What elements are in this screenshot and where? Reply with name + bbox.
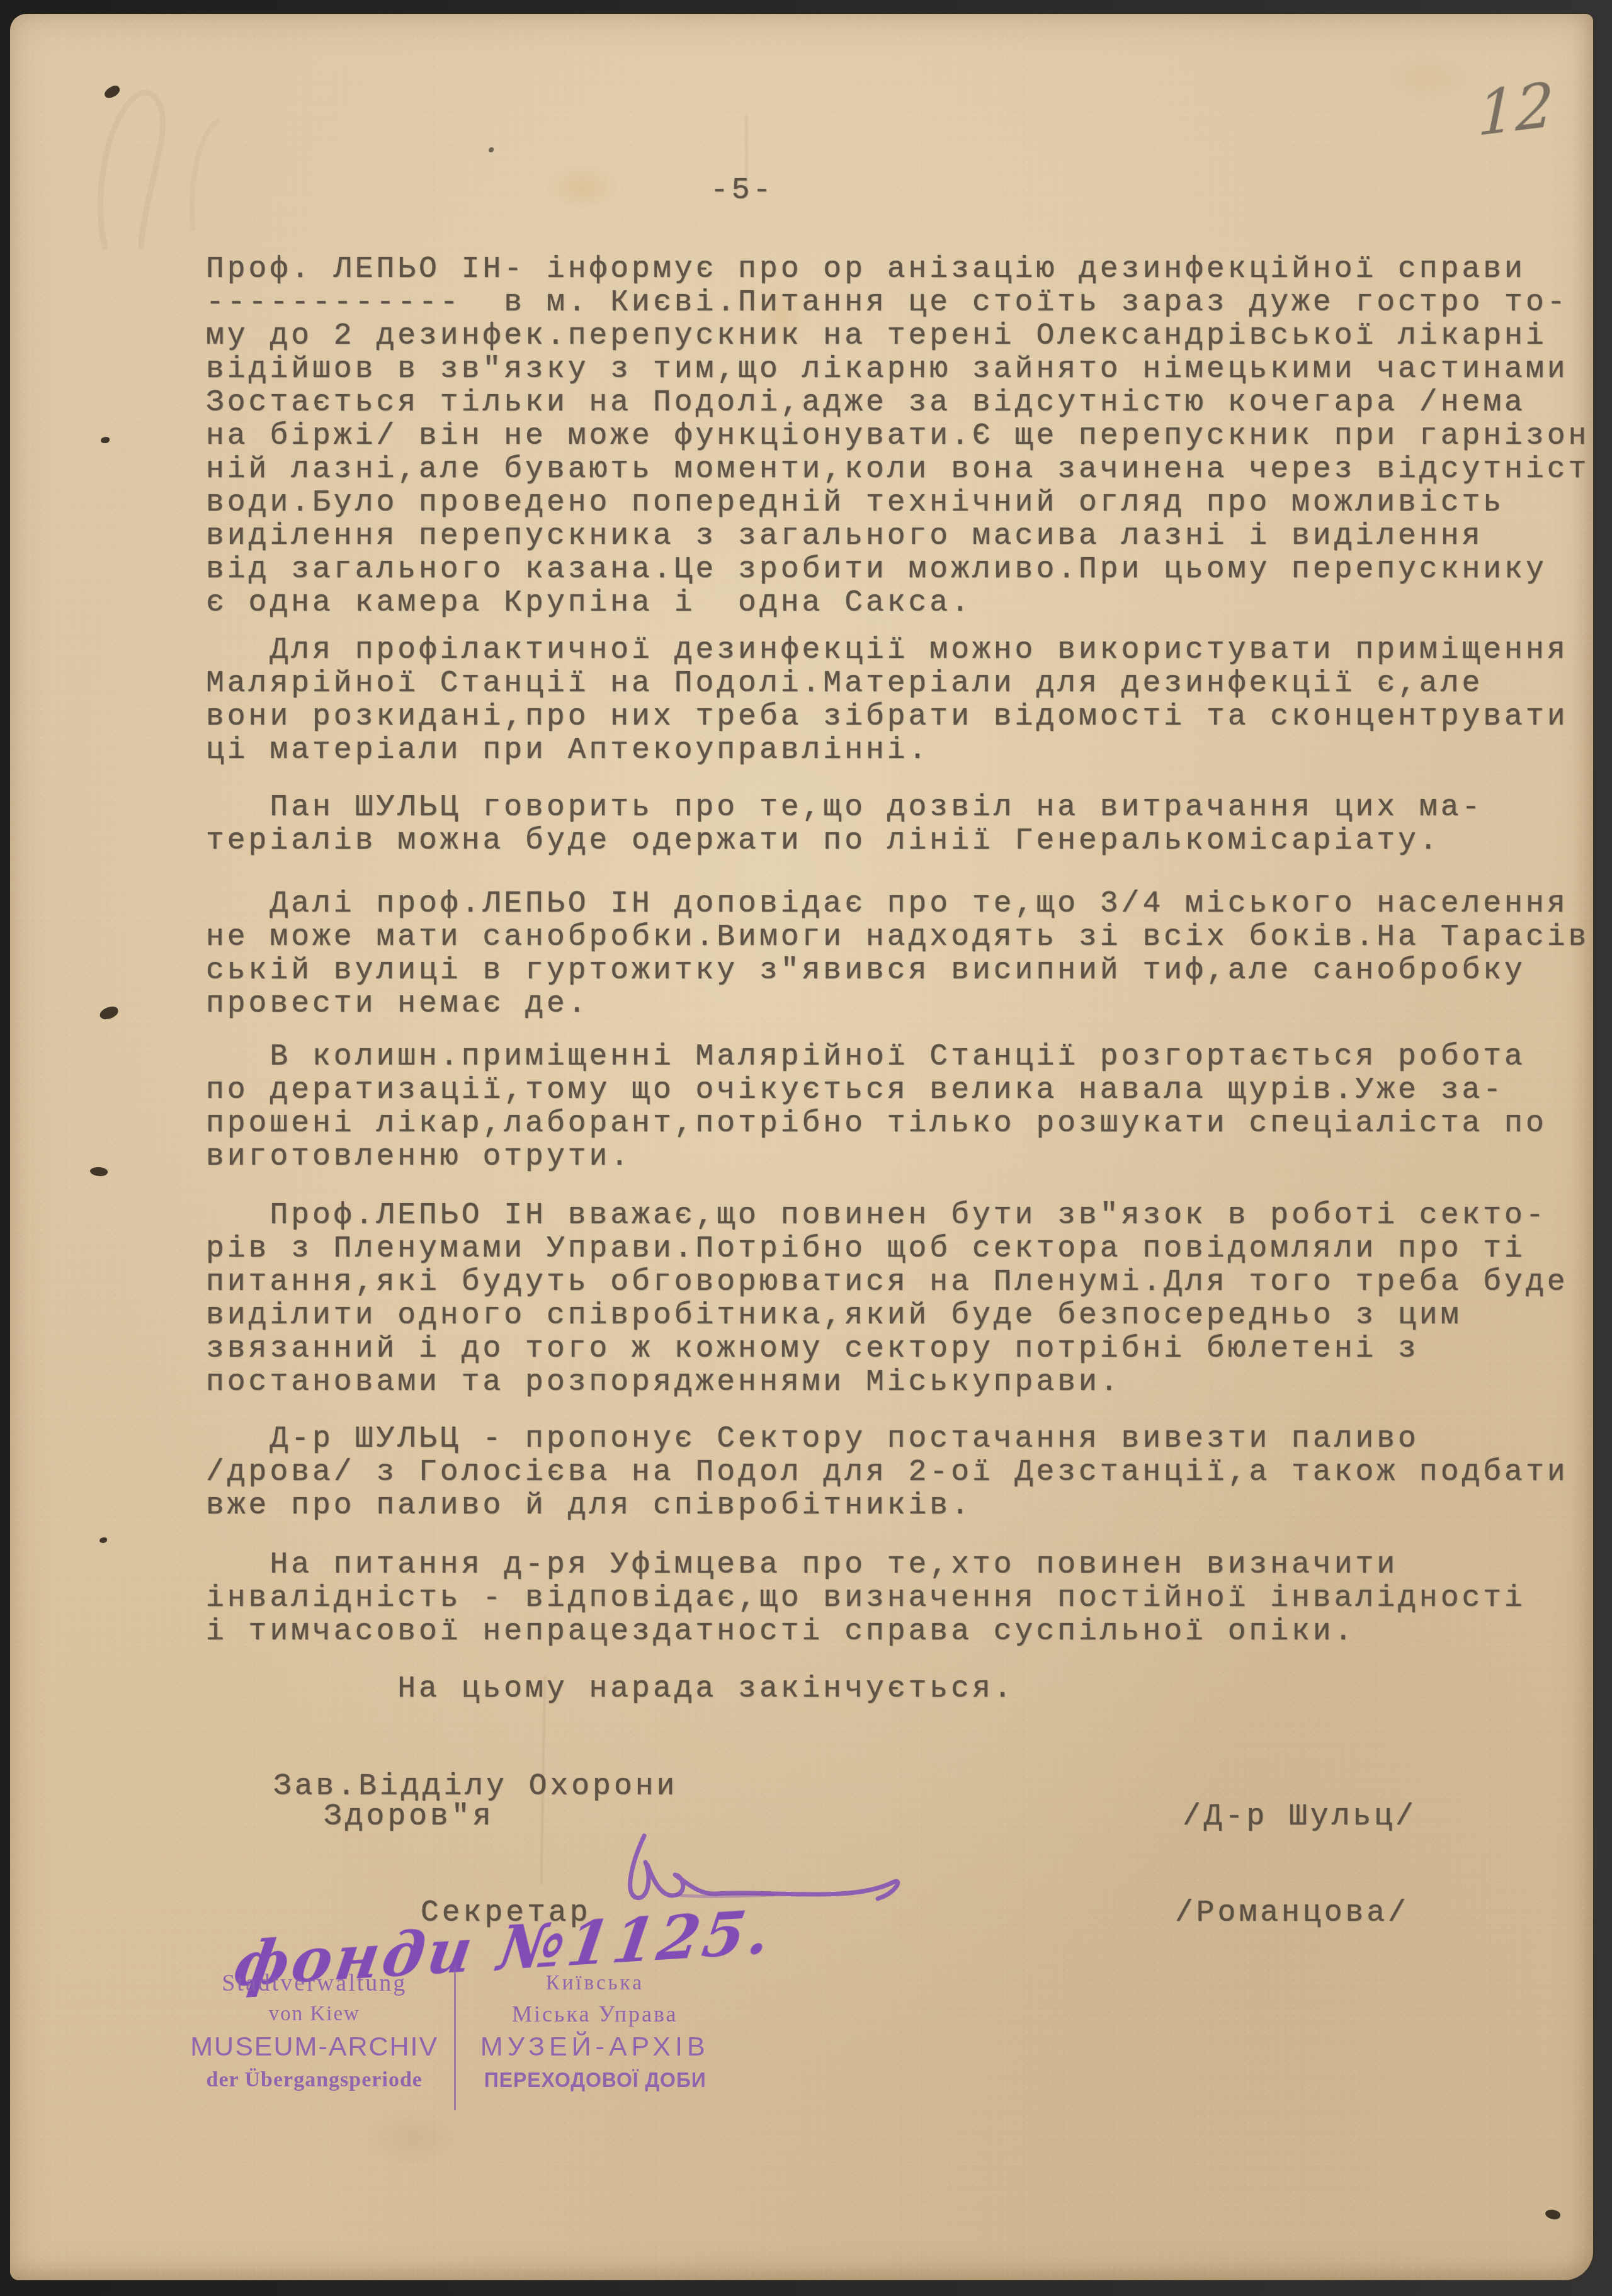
typed-line: Пан ШУЛЬЦ говорить про те,що дозвіл на в…	[206, 791, 1587, 825]
typed-paragraph: На цьому нарада закінчується.	[206, 1673, 1587, 1706]
typed-line: Для профілактичної дезинфекції можно вик…	[206, 634, 1587, 667]
signer-name-shults: /Д-р Шульц/	[1183, 1801, 1417, 1834]
typed-line: На питання д-ря Уфімцева про те,хто пови…	[206, 1549, 1587, 1582]
typed-line: провести немає де.	[206, 988, 1587, 1021]
typed-line: Малярійної Станції на Подолі.Матеріали д…	[206, 667, 1587, 701]
typed-line: відійшов в зв"язку з тим,що лікарню зайн…	[206, 353, 1587, 387]
signer-role-line1: Зав.Відділу Охорони	[273, 1770, 678, 1804]
stamp-german-column: Stadtverwaltungvon KiewMUSEUM-ARCHIVder …	[178, 1957, 451, 2114]
typed-line: від загального казана.Це зробити можливо…	[206, 553, 1587, 587]
paper-stain	[363, 2110, 463, 2167]
stamp-line-german: Stadtverwaltung	[178, 1968, 451, 1999]
typed-line: інвалідність - відповідає,що визначення …	[206, 1582, 1587, 1615]
typed-paragraph: В колишн.приміщенні Малярійної Станції р…	[206, 1041, 1587, 1174]
punch-hole-mark	[89, 1166, 108, 1177]
typed-line: прошені лікар,лаборант,потрібно тілько р…	[206, 1107, 1587, 1141]
typed-line: Далі проф.ЛЕПЬО ІН доповідає про те,що 3…	[206, 888, 1587, 921]
typed-line: на біржі/ він не може функціонувати.Є ще…	[206, 420, 1587, 453]
typed-line: Д-р ШУЛЬЦ - пропонує Сектору постачання …	[206, 1423, 1587, 1456]
paper-speck	[99, 1537, 107, 1543]
paper-sheet: 12 -5- Проф. ЛЕПЬО ІН- інформує про ор а…	[10, 14, 1593, 2280]
archive-stamp: Stadtverwaltungvon KiewMUSEUM-ARCHIVder …	[178, 1957, 732, 2114]
typed-line: по дератизації,тому що очікується велика…	[206, 1074, 1587, 1107]
typed-paragraph: Проф.ЛЕПЬО ІН вважає,що повинен бути зв"…	[206, 1199, 1587, 1400]
typed-line: є одна камера Крупіна і одна Сакса.	[206, 587, 1587, 620]
pencil-page-number: 12	[1477, 69, 1554, 150]
typed-paragraph: Проф. ЛЕПЬО ІН- інформує про ор анізацію…	[206, 253, 1587, 620]
stamp-line-ukrainian: МУЗЕЙ-АРХІВ	[458, 2029, 732, 2064]
typed-line: питання,які будуть обговорюватися на Пле…	[206, 1266, 1587, 1299]
typed-line: не може мати санобробки.Вимоги надходять…	[206, 921, 1587, 954]
stamp-line-ukrainian: Київська	[458, 1968, 732, 1999]
typed-line: рів з Пленумами Управи.Потрібно щоб сект…	[206, 1233, 1587, 1266]
paper-stain	[545, 165, 621, 209]
stamp-line-ukrainian: ПЕРЕХОДОВОЇ ДОБИ	[467, 2064, 724, 2096]
page-header: -5-	[710, 174, 774, 208]
typed-line: вже про паливо й для співробітників.	[206, 1490, 1587, 1523]
typed-line: В колишн.приміщенні Малярійної Станції р…	[206, 1041, 1587, 1074]
typed-line: Зостається тільки на Подолі,адже за відс…	[206, 387, 1587, 420]
paper-speck	[489, 147, 494, 152]
ghost-pencil-marks	[67, 39, 319, 266]
typed-line: На цьому нарада закінчується.	[206, 1673, 1587, 1706]
paper-speck	[101, 437, 110, 443]
stamp-ukrainian-column: КиївськаМіська УправаМУЗЕЙ-АРХІВПЕРЕХОДО…	[458, 1957, 732, 2114]
stamp-line-german: der Übergangsperiode	[178, 2064, 451, 2096]
stamp-line-ukrainian: Міська Управа	[458, 1999, 732, 2029]
typed-line: виготовленню отрути.	[206, 1141, 1587, 1174]
typed-line: му до 2 дезинфек.перепускник на терені О…	[206, 320, 1587, 353]
signer-name-romantsova: /Романцова/	[1175, 1897, 1409, 1930]
typed-line: ській вулиці в гуртожитку з"явився висип…	[206, 954, 1587, 988]
typed-line: Проф.ЛЕПЬО ІН вважає,що повинен бути зв"…	[206, 1199, 1587, 1233]
stamp-divider-line	[454, 1965, 456, 2110]
typed-line: Проф. ЛЕПЬО ІН- інформує про ор анізацію…	[206, 253, 1587, 286]
typed-paragraph: Далі проф.ЛЕПЬО ІН доповідає про те,що 3…	[206, 888, 1587, 1021]
typed-line: виділення перепускника з загального маси…	[206, 520, 1587, 553]
typed-line: теріалів можна буде одержати по лінії Ге…	[206, 825, 1587, 858]
paper-stain	[1383, 52, 1471, 102]
typed-line: ------------ в м. Києві.Питання це стоїт…	[206, 286, 1587, 320]
typed-line: води.Було проведено попередній технічний…	[206, 487, 1587, 520]
typed-line: виділити одного співробітника,який буде …	[206, 1299, 1587, 1333]
typed-paragraph: Для профілактичної дезинфекції можно вик…	[206, 634, 1587, 767]
typed-paragraph: Пан ШУЛЬЦ говорить про те,що дозвіл на в…	[206, 791, 1587, 858]
typed-paragraph: На питання д-ря Уфімцева про те,хто пови…	[206, 1549, 1587, 1649]
typed-line: постановами та розпорядженнями Міськупра…	[206, 1366, 1587, 1400]
typed-line: вони розкидані,про них треба зібрати від…	[206, 701, 1587, 734]
typed-line: і тимчасової непрацездатності справа сус…	[206, 1615, 1587, 1649]
typed-line: /дрова/ з Голосієва на Подол для 2-ої Де…	[206, 1456, 1587, 1490]
stamp-line-german: von Kiew	[178, 1999, 451, 2029]
typed-line: звязанний і до того ж кожному сектору по…	[206, 1333, 1587, 1366]
typed-line: ній лазні,але бувають моменти,коли вона …	[206, 453, 1587, 487]
scanned-document-page: 12 -5- Проф. ЛЕПЬО ІН- інформує про ор а…	[0, 0, 1612, 2296]
paper-speck	[1544, 2208, 1561, 2222]
punch-hole-mark	[98, 1005, 120, 1021]
stamp-line-german: MUSEUM-ARCHIV	[178, 2029, 451, 2064]
paper-crease	[746, 115, 747, 196]
typed-line: ці матеріали при Аптекоуправлінні.	[206, 734, 1587, 767]
typed-paragraph: Д-р ШУЛЬЦ - пропонує Сектору постачання …	[206, 1423, 1587, 1523]
signer-role-line2: Здоров"я	[324, 1801, 494, 1834]
